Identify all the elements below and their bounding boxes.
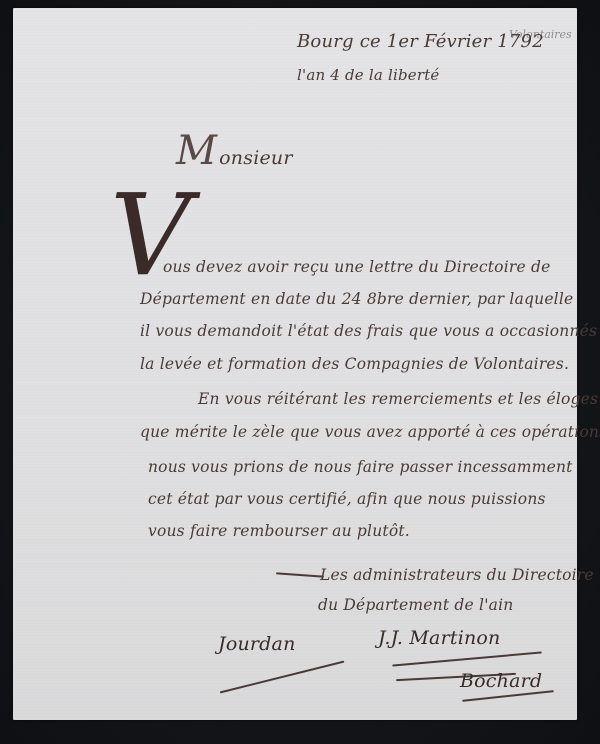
salutation: Monsieur bbox=[176, 128, 293, 174]
signature-martinon: J.J. Martinon bbox=[378, 627, 501, 649]
salutation-initial: M bbox=[176, 128, 217, 174]
body-line-8: cet état par vous certifié, afin que nou… bbox=[148, 490, 546, 508]
body-line-2: Département en date du 24 8bre dernier, … bbox=[140, 290, 573, 308]
body-line-6: que mérite le zèle que vous avez apporté… bbox=[140, 423, 600, 441]
signature-jourdan: Jourdan bbox=[218, 633, 296, 655]
signature-bochard: Bochard bbox=[460, 670, 542, 692]
body-line-3: il vous demandoit l'état des frais que v… bbox=[140, 322, 597, 340]
body-line-5: En vous réitérant les remerciements et l… bbox=[198, 390, 598, 408]
place-date: Bourg ce 1er Février 1792 bbox=[297, 31, 544, 52]
closing-line-2: du Département de l'ain bbox=[318, 596, 513, 614]
salutation-rest: onsieur bbox=[219, 147, 292, 169]
body-line-9: vous faire rembourser au plutôt. bbox=[148, 522, 410, 540]
body-line-4: la levée et formation des Compagnies de … bbox=[140, 355, 569, 373]
body-line-7: nous vous prions de nous faire passer in… bbox=[148, 458, 573, 476]
body-line-1: ous devez avoir reçu une lettre du Direc… bbox=[163, 258, 550, 276]
closing-line-1: Les administrateurs du Directoire bbox=[320, 566, 594, 584]
revolutionary-year: l'an 4 de la liberté bbox=[297, 66, 440, 84]
